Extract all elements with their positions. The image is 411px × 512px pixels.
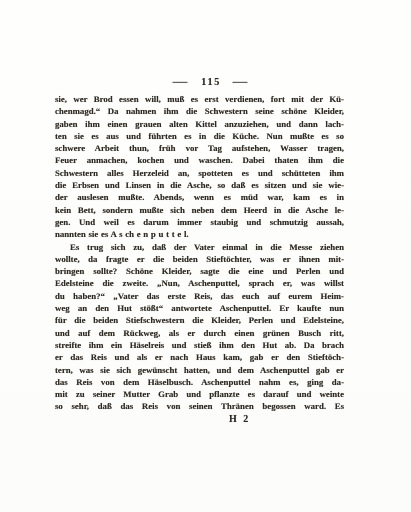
text-line: gaben ihm einen grauen alten Kittel anzu… <box>55 118 344 130</box>
book-page-scan: —115— sie, wer Brod essen will, muß es e… <box>0 0 411 512</box>
text-line: und auf dem Rückweg, als er durch einen … <box>55 327 344 339</box>
text-line: Schwestern alles Herzeleid an, spotteten… <box>55 167 344 179</box>
text-line: mit zu seiner Mutter Grab und pflanzte e… <box>55 388 344 400</box>
text-line: bringen sollte? Schöne Kleider, sagte di… <box>55 265 344 277</box>
text-line: Feuer anmachen, kochen und waschen. Dabe… <box>55 154 344 166</box>
text-line: kein Bett, sondern mußte sich neben dem … <box>55 204 344 216</box>
body-text: sie, wer Brod essen will, muß es erst ve… <box>55 93 344 413</box>
text-line: chenmagd.“ Da nahmen ihm die Schwestern … <box>55 105 344 117</box>
text-line: wollte, da fragte er die beiden Stieftöc… <box>55 253 344 265</box>
header-rule-right: — <box>232 77 249 88</box>
text-line: für die beiden Stiefschwestern die Kleid… <box>55 314 344 326</box>
text-line: gen. Und weil es darum immer staubig und… <box>55 216 344 228</box>
text-line: Es trug sich zu, daß der Vater einmal in… <box>55 241 344 253</box>
text-line: der auslesen mußte. Abends, wenn es müd … <box>55 191 344 203</box>
text-line: du haben?“ „Vater das erste Reis, das eu… <box>55 290 344 302</box>
text-line: schwere Arbeit thun, früh vor Tag aufste… <box>55 142 344 154</box>
text-line: weg an den Hut stößt“ antwortete Aschenp… <box>55 302 344 314</box>
text-line: das Reis von dem Häselbusch. Aschenputte… <box>55 376 344 388</box>
text-line: Edelsteine die zweite. „Nun, Aschenputte… <box>55 277 344 289</box>
signature-mark: H 2 <box>229 414 250 425</box>
page-number: 115 <box>201 77 221 88</box>
text-line: streifte ihm ein Häselreis und stieß ihm… <box>55 339 344 351</box>
text-line: tern, was sie sich gewünscht hatten, und… <box>55 364 344 376</box>
header-rule-left: — <box>173 77 190 88</box>
text-line: die Erbsen und Linsen in die Asche, so d… <box>55 179 344 191</box>
text-line: er das Reis und als er nach Haus kam, ga… <box>55 351 344 363</box>
text-line: so sehr, daß das Reis von seinen Thränen… <box>55 400 344 412</box>
text-line: nannten sie es A s ch e n p u t t e l. <box>55 228 344 240</box>
page-header: —115— <box>55 77 357 88</box>
text-line: ten sie es aus und führten es in die Küc… <box>55 130 344 142</box>
text-line: sie, wer Brod essen will, muß es erst ve… <box>55 93 344 105</box>
